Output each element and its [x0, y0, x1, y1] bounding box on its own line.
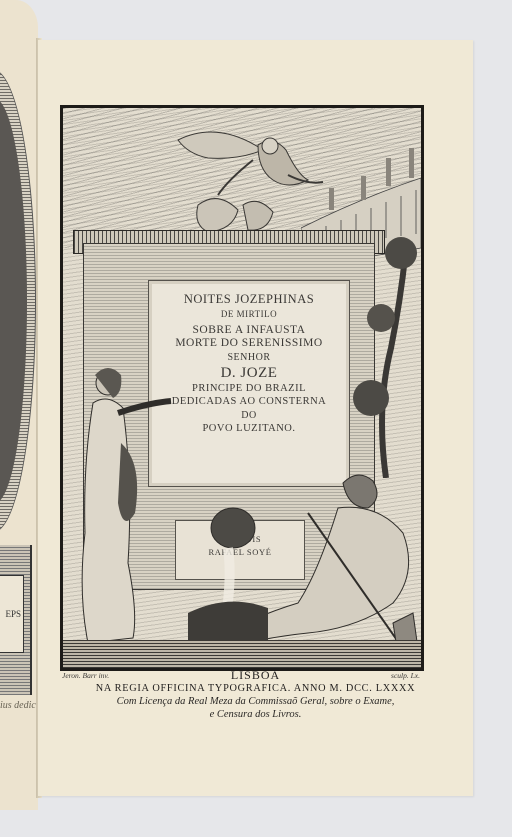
dedication-line-1: DEDICADAS AO CONSTERNA — [149, 397, 349, 408]
subtitle-line-1: SOBRE A INFAUSTA — [149, 325, 349, 337]
subject-name: D. JOZE — [149, 366, 349, 381]
foreground-ground — [63, 640, 421, 668]
portrait-medallion — [0, 99, 27, 503]
imprint-license-line-1: Com Licença da Real Meza da Commissaõ Ge… — [38, 696, 473, 707]
mourning-woman-figure — [73, 363, 173, 653]
imprint-press: NA REGIA OFFICINA TYPOGRAFICA. ANNO M. D… — [38, 683, 473, 694]
book-title: NOITES JOZEPHINAS — [149, 293, 349, 306]
subtitle-line-2: MORTE DO SERENISSIMO — [149, 338, 349, 350]
tree — [346, 228, 421, 478]
subject-title: PRINCIPE DO BRAZIL — [149, 384, 349, 395]
left-page-script: ius dedic — [0, 700, 36, 711]
left-page: EPS ius dedic — [0, 0, 38, 810]
dedication-line-2: DO — [149, 411, 349, 421]
title-tablet: NOITES JOZEPHINAS DE MIRTILO SOBRE A INF… — [148, 280, 350, 487]
book-author-pseudonym: DE MIRTILO — [149, 310, 349, 319]
left-page-oval-portrait — [0, 70, 36, 532]
title-page: NOITES JOZEPHINAS DE MIRTILO SOBRE A INF… — [38, 40, 473, 796]
subtitle-line-3: SENHOR — [149, 353, 349, 363]
left-page-plaque: EPS — [0, 575, 24, 653]
engraving-frame: NOITES JOZEPHINAS DE MIRTILO SOBRE A INF… — [60, 105, 424, 671]
imprint-city: LISBOA — [38, 668, 473, 683]
dedication-line-3: POVO LUZITANO. — [149, 424, 349, 435]
river-god-figure — [188, 463, 423, 668]
imprint-license-line-2: e Censura dos Livros. — [38, 709, 473, 720]
